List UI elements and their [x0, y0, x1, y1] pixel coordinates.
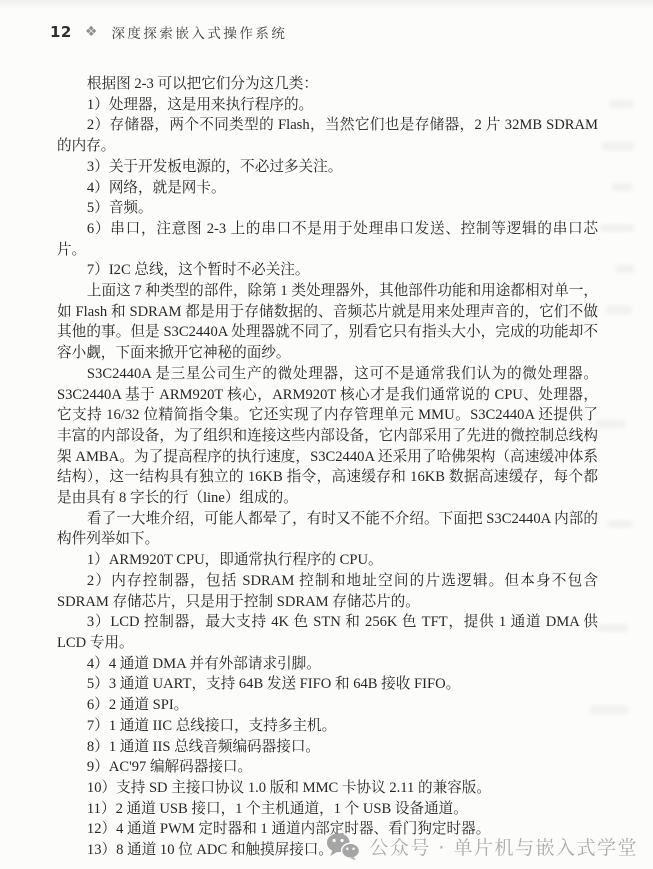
diamond-ornament-icon: ❖	[85, 24, 98, 40]
list-item: 7）1 通道 IIC 总线接口，支持多主机。	[57, 716, 598, 737]
list-item: 6）串口，注意图 2-3 上的串口不是用于处理串口发送、控制等逻辑的串口芯片。	[57, 219, 598, 260]
list-item: 7）I2C 总线，这个暂时不必关注。	[57, 260, 598, 281]
book-title: 深度探索嵌入式操作系统	[111, 22, 287, 42]
list-item: 1）ARM920T CPU，即通常执行程序的 CPU。	[57, 550, 598, 571]
paragraph: 看了一大堆介绍，可能人都晕了，有时又不能不介绍。下面把 S3C2440A 内部的…	[57, 509, 598, 550]
running-header: 12 ❖ 深度探索嵌入式操作系统	[50, 22, 287, 42]
list-item: 2）内存控制器，包括 SDRAM 控制和地址空间的片选逻辑。但本身不包含 SDR…	[57, 571, 598, 612]
wechat-icon	[326, 832, 360, 861]
page-number: 12	[50, 23, 72, 41]
bleed-through-artifact	[616, 265, 634, 273]
intro-line: 根据图 2-3 可以把它们分为这几类：	[57, 74, 598, 95]
bleed-through-artifact	[598, 624, 628, 632]
list-item: 5）3 通道 UART，支持 64B 发送 FIFO 和 64B 接收 FIFO…	[57, 674, 598, 695]
list-item: 8）1 通道 IIS 总线音频编码器接口。	[57, 737, 598, 758]
bleed-through-artifact	[600, 224, 634, 232]
list-item: 6）2 通道 SPI。	[57, 695, 598, 716]
list-item: 4）网络，就是网卡。	[57, 178, 598, 199]
list-item: 4）4 通道 DMA 并有外部请求引脚。	[57, 654, 598, 675]
list-item: 3）关于开发板电源的，不必过多关注。	[57, 157, 598, 178]
book-page: 12 ❖ 深度探索嵌入式操作系统 根据图 2-3 可以把它们分为这几类： 1）处…	[0, 0, 653, 869]
bleed-through-artifact	[610, 100, 634, 108]
bleed-through-artifact	[596, 420, 626, 428]
list-item: 10）支持 SD 主接口协议 1.0 版和 MMC 卡协议 2.11 的兼容版。	[57, 778, 598, 799]
paragraph: S3C2440A 是三星公司生产的微处理器，这可不是通常我们认为的微处理器。S3…	[57, 364, 598, 509]
list-item: 5）音频。	[57, 198, 598, 219]
watermark: 公众号 · 单片机与嵌入式学堂	[326, 832, 638, 861]
list-item: 3）LCD 控制器，最大支持 4K 色 STN 和 256K 色 TFT，提供 …	[57, 612, 598, 653]
bleed-through-artifact	[608, 520, 632, 528]
list-item: 9）AC'97 编解码器接口。	[57, 757, 598, 778]
bleed-through-artifact	[602, 142, 634, 150]
list-item: 2）存储器，两个不同类型的 Flash，当然它们也是存储器，2 片 32MB S…	[57, 115, 598, 156]
page-body: 根据图 2-3 可以把它们分为这几类： 1）处理器，这是用来执行程序的。 2）存…	[57, 74, 598, 861]
paragraph: 上面这 7 种类型的部件，除第 1 类处理器外，其他部件功能和用途都相对单一，如…	[57, 281, 598, 364]
list-item: 1）处理器，这是用来执行程序的。	[57, 95, 598, 116]
bleed-through-artifact	[606, 306, 632, 314]
bleed-through-artifact	[612, 183, 632, 191]
watermark-text: 公众号 · 单片机与嵌入式学堂	[369, 833, 638, 860]
list-item: 11）2 通道 USB 接口，1 个主机通道，1 个 USB 设备通道。	[57, 799, 598, 820]
